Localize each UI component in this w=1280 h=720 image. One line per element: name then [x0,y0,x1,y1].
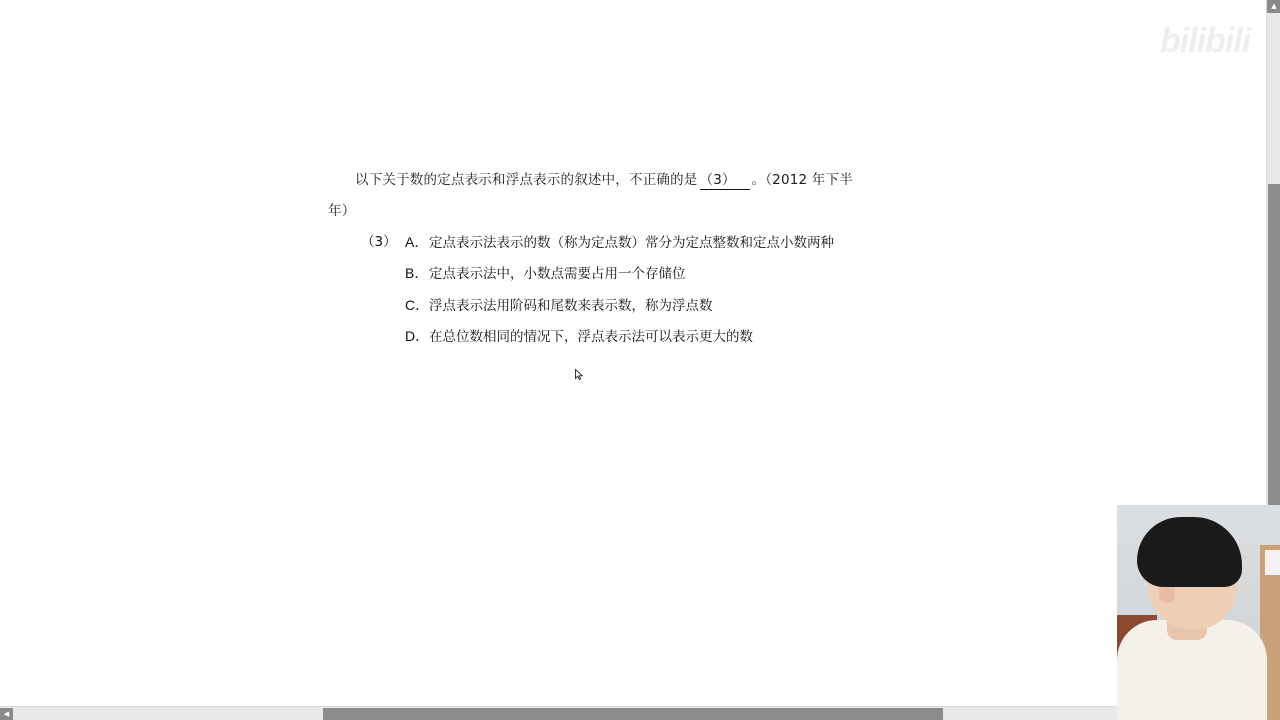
option-letter: C． [405,296,429,314]
option-c: C．浮点表示法用阶码和尾数来表示数，称为浮点数 [405,296,713,315]
webcam-presenter-hair [1137,517,1242,587]
option-text: 浮点表示法用阶码和尾数来表示数，称为浮点数 [429,298,713,314]
option-text: 在总位数相同的情况下，浮点表示法可以表示更大的数 [429,329,753,345]
option-b: B．定点表示法中，小数点需要占用一个存储位 [405,264,686,283]
option-d: D．在总位数相同的情况下，浮点表示法可以表示更大的数 [405,327,753,346]
answer-blank: （3） [700,171,750,190]
option-text: 定点表示法表示的数（称为定点数）常分为定点整数和定点小数两种 [429,235,834,251]
bilibili-watermark-logo: bilibili [1160,22,1250,61]
option-a: A．定点表示法表示的数（称为定点数）常分为定点整数和定点小数两种 [405,233,834,252]
horizontal-scrollbar[interactable]: ◀ [0,706,1266,720]
option-letter: B． [405,264,429,282]
document-page: 以下关于数的定点表示和浮点表示的叙述中，不正确的是（3）。（2012 年下半 年… [0,0,1266,706]
scroll-left-arrow-icon[interactable]: ◀ [0,708,13,720]
option-text: 定点表示法中，小数点需要占用一个存储位 [429,266,686,282]
options-number: （3） [361,233,397,251]
question-stem-line-2: 年） [328,202,355,220]
question-year-text: 。（2012 年下半 [752,172,853,188]
webcam-overlay [1117,505,1280,720]
webcam-shelf-item [1265,550,1280,575]
horizontal-scroll-thumb[interactable] [323,708,943,720]
question-stem-text: 以下关于数的定点表示和浮点表示的叙述中，不正确的是 [355,172,698,188]
option-letter: A． [405,233,429,251]
option-letter: D． [405,327,429,345]
question-stem-line-1: 以下关于数的定点表示和浮点表示的叙述中，不正确的是（3）。（2012 年下半 [355,171,853,190]
scroll-up-arrow-icon[interactable]: ▲ [1267,0,1280,13]
